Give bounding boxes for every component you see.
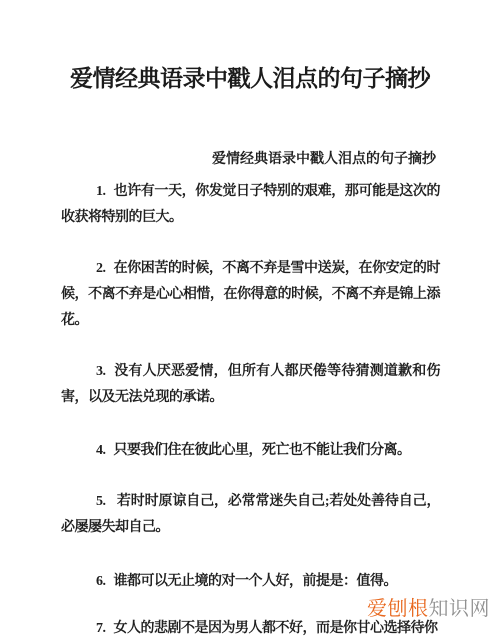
item-text: 没有人厌恶爱情，但所有人都厌倦等待猜测道歉和伤害，以及无法兑现的承诺。: [61, 364, 440, 405]
quote-paragraph: 6.谁都可以无止境的对一个人好，前提是：值得。: [61, 569, 440, 595]
item-number: 6.: [96, 574, 106, 589]
item-number: 7.: [96, 621, 106, 636]
item-number: 3.: [96, 364, 106, 379]
watermark: 爱刨根知识网: [367, 597, 490, 621]
document-page: 爱情经典语录中戳人泪点的句子摘抄 爱情经典语录中戳人泪点的句子摘抄 1.也许有一…: [0, 0, 500, 636]
quote-paragraph: 4.只要我们住在彼此心里，死亡也不能让我们分离。: [61, 438, 440, 464]
item-text: 谁都可以无止境的对一个人好，前提是：值得。: [114, 574, 398, 589]
item-text: 也许有一天，你发觉日子特别的艰难，那可能是这次的收获将特别的巨大。: [61, 184, 440, 225]
item-text: 在你困苦的时候，不离不弃是雪中送炭，在你安定的时候，不离不弃是心心相惜，在你得意…: [61, 261, 440, 328]
watermark-suffix: 知识网: [429, 598, 491, 620]
watermark-brand: 爱刨根: [367, 598, 429, 620]
item-number: 2.: [96, 261, 106, 276]
item-number: 1.: [96, 184, 106, 199]
document-title: 爱情经典语录中戳人泪点的句子摘抄: [0, 64, 500, 94]
document-subtitle: 爱情经典语录中戳人泪点的句子摘抄: [62, 150, 440, 170]
quote-paragraph: 2.在你困苦的时候，不离不弃是雪中送炭，在你安定的时候，不离不弃是心心相惜，在你…: [61, 256, 440, 334]
item-number: 5.: [96, 494, 106, 509]
item-text: 女人的悲剧不是因为男人都不好，而是你甘心选择待你: [114, 621, 438, 636]
quote-paragraph: 5. 若时时原谅自己，必常常迷失自己;若处处善待自己，必屡屡失却自己。: [61, 489, 440, 541]
item-text: 若时时原谅自己，必常常迷失自己;若处处善待自己，必屡屡失却自己。: [61, 494, 440, 535]
item-number: 4.: [96, 443, 106, 458]
item-text: 只要我们住在彼此心里，死亡也不能让我们分离。: [114, 443, 411, 458]
quote-paragraph: 3.没有人厌恶爱情，但所有人都厌倦等待猜测道歉和伤害，以及无法兑现的承诺。: [61, 359, 440, 411]
quote-paragraph: 1.也许有一天，你发觉日子特别的艰难，那可能是这次的收获将特别的巨大。: [61, 179, 440, 231]
